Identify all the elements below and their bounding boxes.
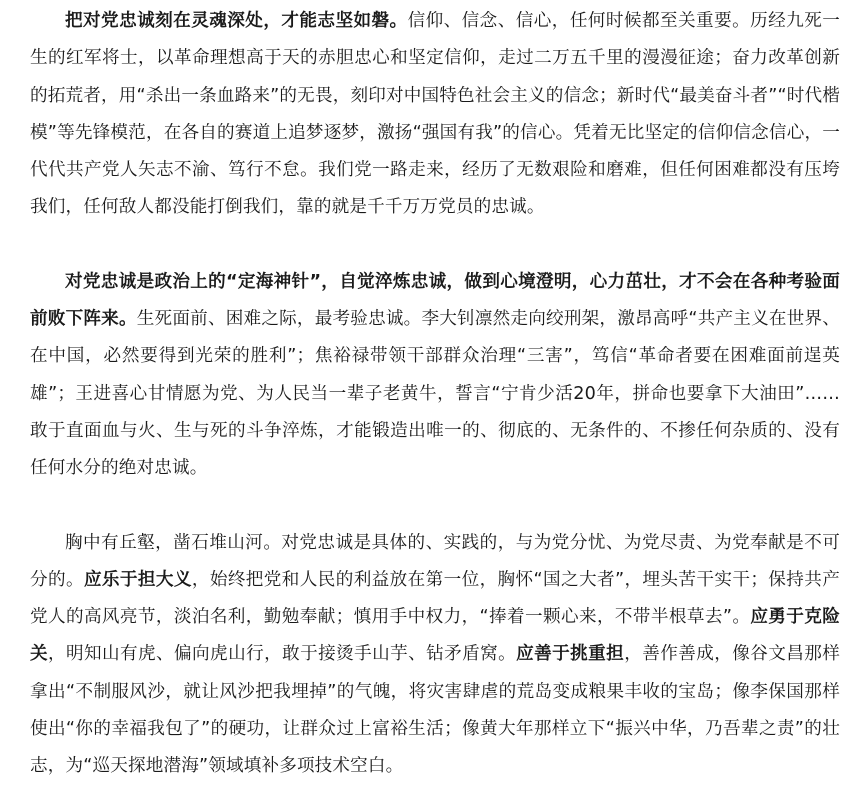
emphasis-bold: 应善于挑重担 bbox=[516, 644, 624, 664]
paragraph-lead-bold: 把对党忠诚刻在灵魂深处，才能志坚如磐。 bbox=[65, 11, 408, 31]
paragraph-loyalty-in-soul: 把对党忠诚刻在灵魂深处，才能志坚如磐。信仰、信念、信心，任何时候都至关重要。历经… bbox=[30, 3, 840, 227]
paragraph-text: 信仰、信念、信心，任何时候都至关重要。历经九死一生的红军将士，以革命理想高于天的… bbox=[30, 11, 840, 217]
paragraph-text: ，明知山有虎、偏向虎山行，敢于接烫手山芋、钻矛盾窝。 bbox=[48, 644, 516, 664]
paragraph-political-anchor: 对党忠诚是政治上的“定海神针”，自觉淬炼忠诚，做到心境澄明，心力茁壮，才不会在各… bbox=[30, 264, 840, 488]
paragraph-text: 生死面前、困难之际，最考验忠诚。李大钊凛然走向绞刑架，激昂高呼“共产主义在世界、… bbox=[30, 309, 840, 478]
article-body: 把对党忠诚刻在灵魂深处，才能志坚如磐。信仰、信念、信心，任何时候都至关重要。历经… bbox=[30, 3, 840, 755]
emphasis-bold: 应乐于担大义 bbox=[84, 570, 192, 590]
paragraph-practice: 胸中有丘壑，凿石堆山河。对党忠诚是具体的、实践的，与为党分忧、为党尽责、为党奉献… bbox=[30, 525, 840, 755]
